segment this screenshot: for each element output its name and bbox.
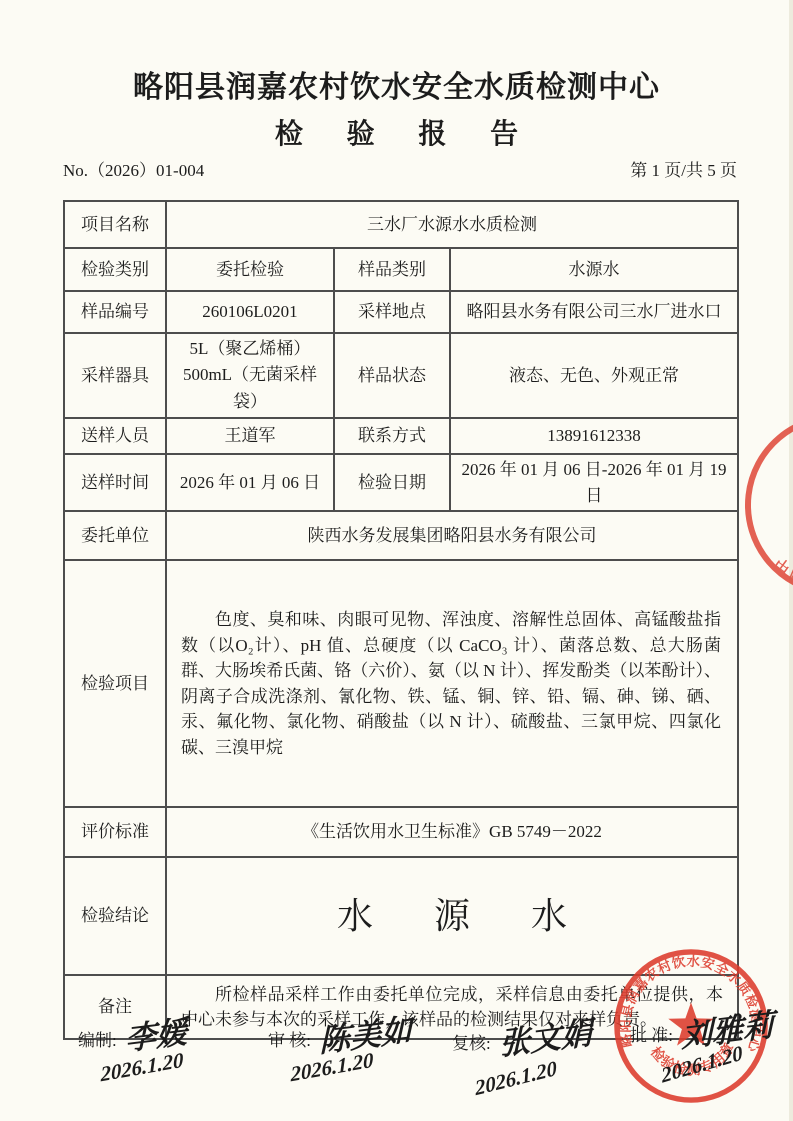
items-label-cell: 检验项目 [64, 560, 166, 807]
items-paragraph: 色度、臭和味、肉眼可见物、浑浊度、溶解性总固体、高锰酸盐指数（以O₂计）、pH … [181, 607, 721, 760]
meta-row: No.（2026）01-004 第 1 页/共 5 页 [63, 156, 737, 181]
signature-block-approver: 批 准:刘雅莉 2026.1.20 [630, 1005, 774, 1077]
signature-block-compiler: 编制:李媛 2026.1.20 [78, 1010, 187, 1080]
inspection-type-value-cell: 委托检验 [166, 248, 334, 291]
reviewer-label: 审 核: [268, 1031, 311, 1050]
checker-signature: 张文娟 [499, 1007, 592, 1064]
items-value-cell: 色度、臭和味、肉眼可见物、浑浊度、溶解性总固体、高锰酸盐指数（以O₂计）、pH … [166, 560, 738, 807]
conclusion-label-cell: 检验结论 [64, 857, 166, 975]
report-page: 略阳县润嘉农村饮水安全水质检测中心 检 验 报 告 No.（2026）01-00… [0, 0, 793, 1121]
client-label-cell: 委托单位 [64, 511, 166, 560]
delivery-time-value-cell: 2026 年 01 月 06 日 [166, 454, 334, 511]
project-value-cell: 三水厂水源水水质检测 [166, 201, 738, 248]
inspection-date-label-cell: 检验日期 [334, 454, 450, 511]
report-title: 检 验 报 告 [0, 112, 793, 152]
sampling-site-label-cell: 采样地点 [334, 291, 450, 333]
sampling-tool-label-cell: 采样器具 [64, 333, 166, 418]
standard-value-cell: 《生活饮用水卫生标准》GB 5749－2022 [166, 807, 738, 857]
standard-label-cell: 评价标准 [64, 807, 166, 857]
checker-label: 复核: [452, 1034, 491, 1053]
sample-no-label-cell: 样品编号 [64, 291, 166, 333]
project-label-cell: 项目名称 [64, 201, 166, 248]
sampling-tool-line1: 5L（聚乙烯桶） [173, 336, 327, 362]
sample-no-value-cell: 260106L0201 [166, 291, 334, 333]
compiler-label: 编制: [78, 1031, 117, 1050]
report-info-table: 项目名称 三水厂水源水水质检测 检验类别 委托检验 样品类别 水源水 样品编号 … [63, 200, 739, 1040]
sampling-tool-line2: 500mL（无菌采样袋） [173, 362, 327, 415]
sampling-tool-value-cell: 5L（聚乙烯桶） 500mL（无菌采样袋） [166, 333, 334, 418]
signature-block-checker: 复核:张文娟 2026.1.20 [452, 1013, 592, 1091]
sample-type-value-cell: 水源水 [450, 248, 738, 291]
contact-value-cell: 13891612338 [450, 418, 738, 454]
sample-state-label-cell: 样品状态 [334, 333, 450, 418]
sample-state-value-cell: 液态、无色、外观正常 [450, 333, 738, 418]
signature-block-reviewer: 审 核:陈美如 2026.1.20 [268, 1010, 412, 1080]
inspection-date-value-cell: 2026 年 01 月 06 日-2026 年 01 月 19 日 [450, 454, 738, 511]
inspection-type-label-cell: 检验类别 [64, 248, 166, 291]
deliverer-value-cell: 王道军 [166, 418, 334, 454]
sample-type-label-cell: 样品类别 [334, 248, 450, 291]
client-value-cell: 陕西水务发展集团略阳县水务有限公司 [166, 511, 738, 560]
report-number: No.（2026）01-004 [63, 156, 204, 181]
contact-label-cell: 联系方式 [334, 418, 450, 454]
org-title: 略阳县润嘉农村饮水安全水质检测中心 [0, 62, 793, 106]
sampling-site-value-cell: 略阳县水务有限公司三水厂进水口 [450, 291, 738, 333]
deliverer-label-cell: 送样人员 [64, 418, 166, 454]
approver-label: 批 准: [630, 1026, 673, 1045]
checker-date: 2026.1.20 [474, 1056, 558, 1101]
page-indicator: 第 1 页/共 5 页 [630, 156, 737, 181]
delivery-time-label-cell: 送样时间 [64, 454, 166, 511]
